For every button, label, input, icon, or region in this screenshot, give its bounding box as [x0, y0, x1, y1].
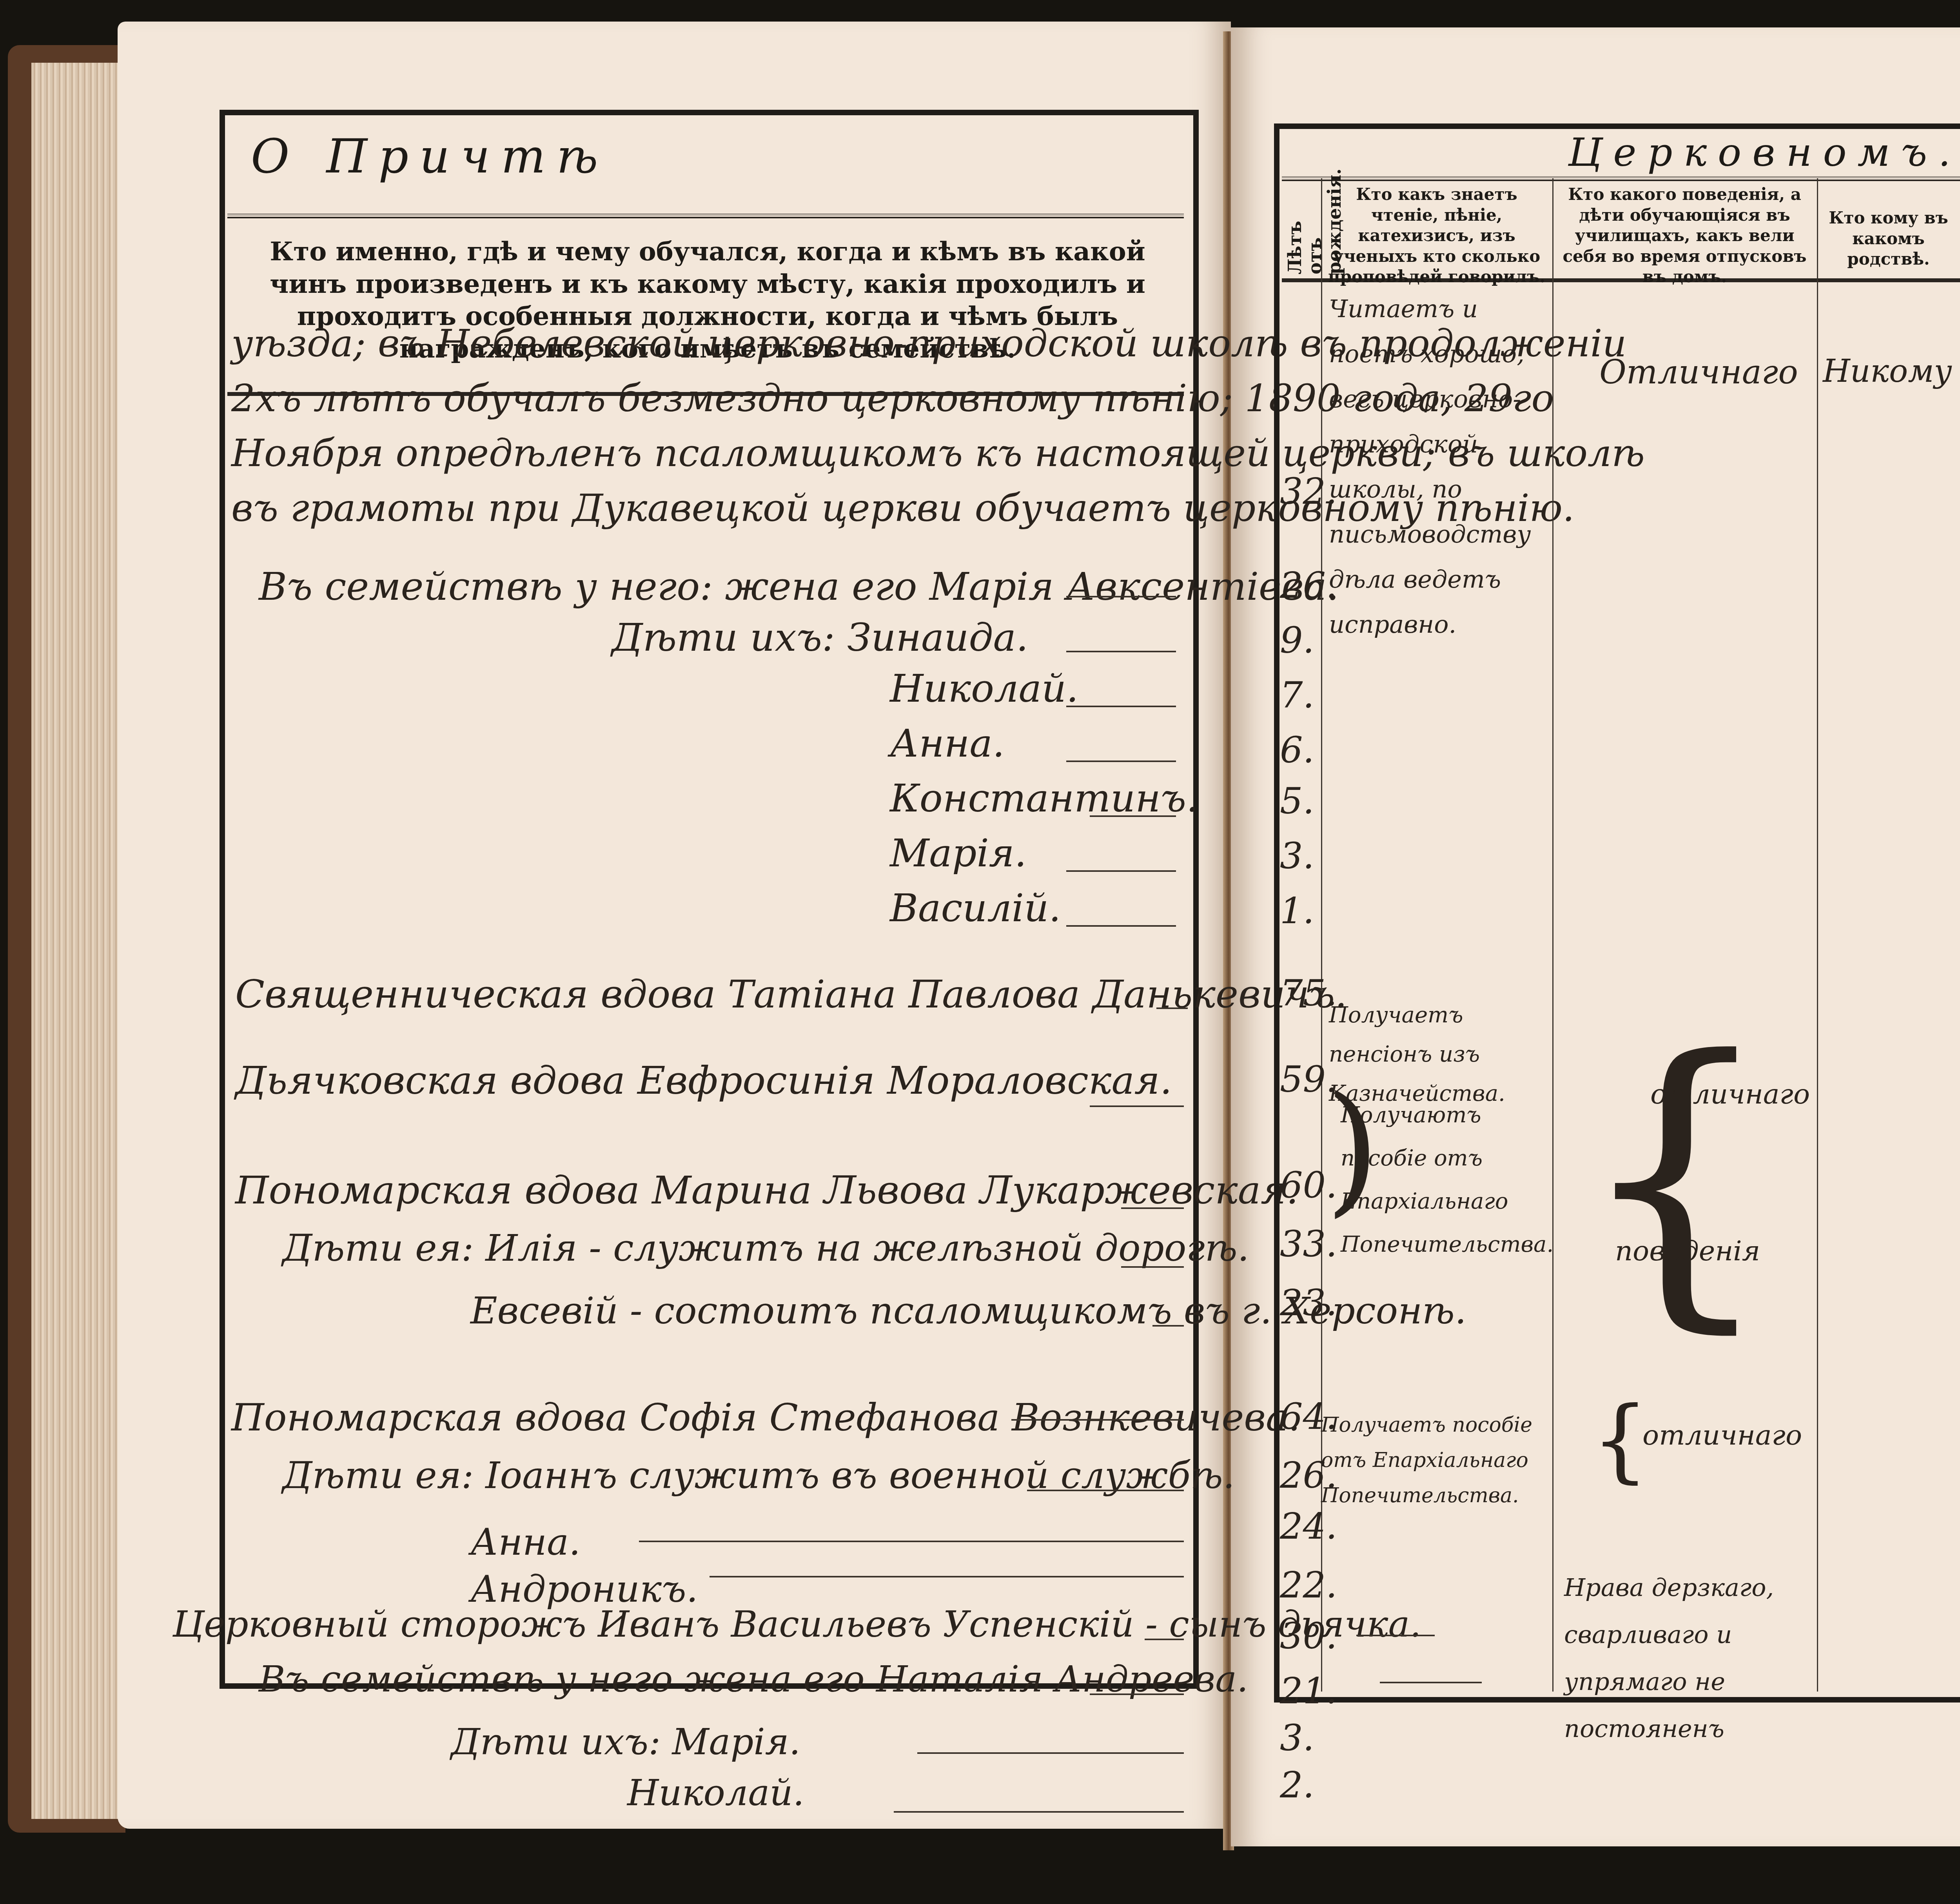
- left-title-rule: [227, 214, 1184, 218]
- brace-icon: {: [1592, 1388, 1649, 1492]
- left-page-title: О Причтѣ: [251, 129, 609, 184]
- widow-note: Получаетъ пособіе отъ Епархіальнаго Попе…: [1321, 1407, 1564, 1513]
- entry-text: Пономарская вдова Софія Стефанова Вознке…: [231, 1396, 1300, 1439]
- entry-text: Дѣти ихъ: Зинаида.: [612, 615, 1028, 660]
- ditto-dash: [1066, 596, 1176, 597]
- age-value: 3.: [1280, 1717, 1314, 1759]
- ditto-dash: [1090, 1693, 1184, 1695]
- age-value: 21.: [1280, 1670, 1337, 1712]
- entry-text: Церковный сторожъ Иванъ Васильевъ Успенс…: [172, 1603, 1421, 1645]
- entry-text: Николай.: [627, 1772, 804, 1814]
- ditto-dash: [1090, 1105, 1184, 1107]
- col-header-knowledge: Кто какъ знаетъ чтеніе, пѣніе, катехизис…: [1325, 184, 1548, 287]
- age-value: 7.: [1280, 674, 1314, 716]
- watchman-dash: [1356, 1635, 1435, 1636]
- right-title-rule: [1282, 176, 1960, 181]
- entry-text: Николай.: [890, 666, 1078, 711]
- behavior-note: поведенія: [1615, 1235, 1760, 1267]
- brace-icon: ): [1325, 1066, 1380, 1231]
- watchman-behavior-note: Нрава дерзкаго, сварливаго и упрямаго не…: [1564, 1564, 1815, 1752]
- ditto-dash: [917, 1752, 1184, 1754]
- entry-text: Анна.: [470, 1521, 581, 1564]
- entry-text: Дѣти ихъ: Марія.: [451, 1721, 800, 1763]
- page-stack-left: [31, 63, 122, 1819]
- age-value: 2.: [1280, 1764, 1314, 1806]
- ditto-dash: [1145, 1639, 1184, 1640]
- age-value: 30.: [1280, 1615, 1337, 1657]
- entry-text: Дьячковская вдова Евфросинія Мораловская…: [235, 1058, 1172, 1103]
- ditto-dash: [1066, 706, 1176, 707]
- ditto-dash: [1066, 925, 1176, 927]
- col-sep-behavior: [1817, 178, 1818, 1692]
- entry-text: Дѣти ея: Илія - служитъ на желѣзной доро…: [282, 1227, 1249, 1270]
- psalmist-kinship-note: Никому: [1823, 353, 1952, 389]
- entry-text: Пономарская вдова Марина Львова Лукаржев…: [235, 1168, 1298, 1213]
- ditto-dash: [1066, 651, 1176, 652]
- ditto-dash: [1066, 870, 1176, 872]
- age-value: 5.: [1280, 780, 1314, 822]
- age-value: 1.: [1280, 890, 1314, 932]
- ditto-dash: [639, 1541, 1184, 1542]
- ditto-dash: [1152, 1325, 1184, 1327]
- entry-text: Въ семействѣ у него: жена его Марія Авкс…: [259, 564, 1339, 609]
- age-value: 22.: [1280, 1564, 1337, 1606]
- col-header-kinship: Кто кому въ какомъ родствѣ.: [1821, 208, 1956, 270]
- ditto-dash: [894, 1811, 1184, 1813]
- entry-text: Константинъ.: [890, 776, 1198, 821]
- ditto-dash: [1027, 1490, 1184, 1491]
- entry-text: Анна.: [890, 721, 1005, 766]
- ditto-dash: [1011, 1419, 1184, 1421]
- right-page-title: Церковномъ.: [1568, 129, 1960, 175]
- behavior-note: отличнаго: [1650, 1078, 1810, 1110]
- ditto-dash: [1156, 1007, 1188, 1009]
- age-value: 9.: [1280, 619, 1314, 661]
- ditto-dash: [1066, 761, 1176, 762]
- entry-text: Василій.: [890, 886, 1061, 931]
- ditto-dash: [1121, 1266, 1184, 1268]
- entry-text: Марія.: [890, 831, 1027, 876]
- col-header-behavior: Кто какого поведенія, а дѣти обучающіяся…: [1556, 184, 1813, 287]
- behavior-note: отличнаго: [1642, 1419, 1802, 1451]
- ditto-dash: [1090, 815, 1176, 817]
- age-value: 3.: [1280, 835, 1314, 877]
- age-value: 23.: [1280, 1282, 1337, 1324]
- psalmist-knowledge-note: Читаетъ и поетъ хорошо, весь церковно-пр…: [1329, 286, 1548, 647]
- entry-text: Священническая вдова Татіана Павлова Дан…: [235, 972, 1347, 1017]
- psalmist-behavior-note: Отличнаго: [1599, 353, 1798, 391]
- watchman-dash: [1380, 1682, 1482, 1683]
- age-value: 6.: [1280, 729, 1314, 771]
- ditto-dash: [1121, 1207, 1184, 1209]
- brace-icon: {: [1576, 1019, 1775, 1333]
- ditto-dash: [710, 1576, 1184, 1577]
